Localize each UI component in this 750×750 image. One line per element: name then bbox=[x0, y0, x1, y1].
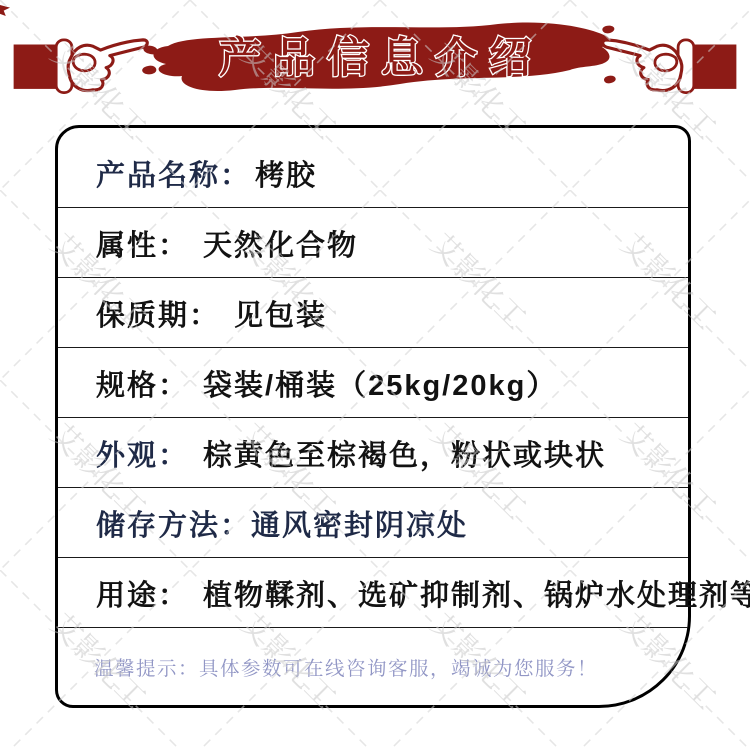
row-label: 保质期： bbox=[96, 293, 220, 334]
row-value: 植物鞣剂、选矿抑制剂、锅炉水处理剂等 bbox=[203, 573, 750, 614]
row-label: 外观： bbox=[96, 433, 189, 474]
row-value: 天然化合物 bbox=[203, 223, 358, 264]
row-usage: 用途： 植物鞣剂、选矿抑制剂、锅炉水处理剂等 bbox=[58, 558, 688, 628]
banner: 产品信息介绍 bbox=[138, 14, 618, 102]
pointing-hand-right-icon bbox=[12, 26, 154, 100]
product-info-page: 艾影化工 产品信息介绍 产品名称： 栲胶 bbox=[0, 0, 750, 750]
row-label: 规格： bbox=[96, 363, 189, 404]
row-value: 棕黄色至棕褐色，粉状或块状 bbox=[203, 433, 606, 474]
warm-tip-text: 温馨提示：具体参数可在线咨询客服，竭诚为您服务！ bbox=[94, 653, 598, 681]
row-value: 袋装/桶装（25kg/20kg） bbox=[203, 363, 557, 404]
row-value: 见包装 bbox=[234, 293, 327, 334]
row-value: 通风密封阴凉处 bbox=[251, 503, 468, 544]
row-label: 用途： bbox=[96, 573, 189, 614]
banner-title: 产品信息介绍 bbox=[219, 34, 543, 81]
row-product-name: 产品名称： 栲胶 bbox=[58, 128, 688, 208]
row-specification: 规格： 袋装/桶装（25kg/20kg） bbox=[58, 348, 688, 418]
row-label: 属性： bbox=[96, 223, 189, 264]
row-value: 栲胶 bbox=[255, 153, 317, 194]
row-storage: 储存方法： 通风密封阴凉处 bbox=[58, 488, 688, 558]
row-property: 属性： 天然化合物 bbox=[58, 208, 688, 278]
warm-tip: 温馨提示：具体参数可在线咨询客服，竭诚为您服务！ bbox=[58, 628, 688, 705]
row-appearance: 外观： 棕黄色至棕褐色，粉状或块状 bbox=[58, 418, 688, 488]
row-label: 产品名称： bbox=[96, 153, 251, 194]
row-label: 储存方法： bbox=[96, 503, 251, 544]
ink-splat-decoration bbox=[0, 4, 10, 16]
pointing-hand-left-icon bbox=[596, 26, 738, 100]
product-info-card: 产品名称： 栲胶 属性： 天然化合物 保质期： 见包装 规格： 袋装/桶装（25… bbox=[55, 125, 691, 708]
row-shelf-life: 保质期： 见包装 bbox=[58, 278, 688, 348]
